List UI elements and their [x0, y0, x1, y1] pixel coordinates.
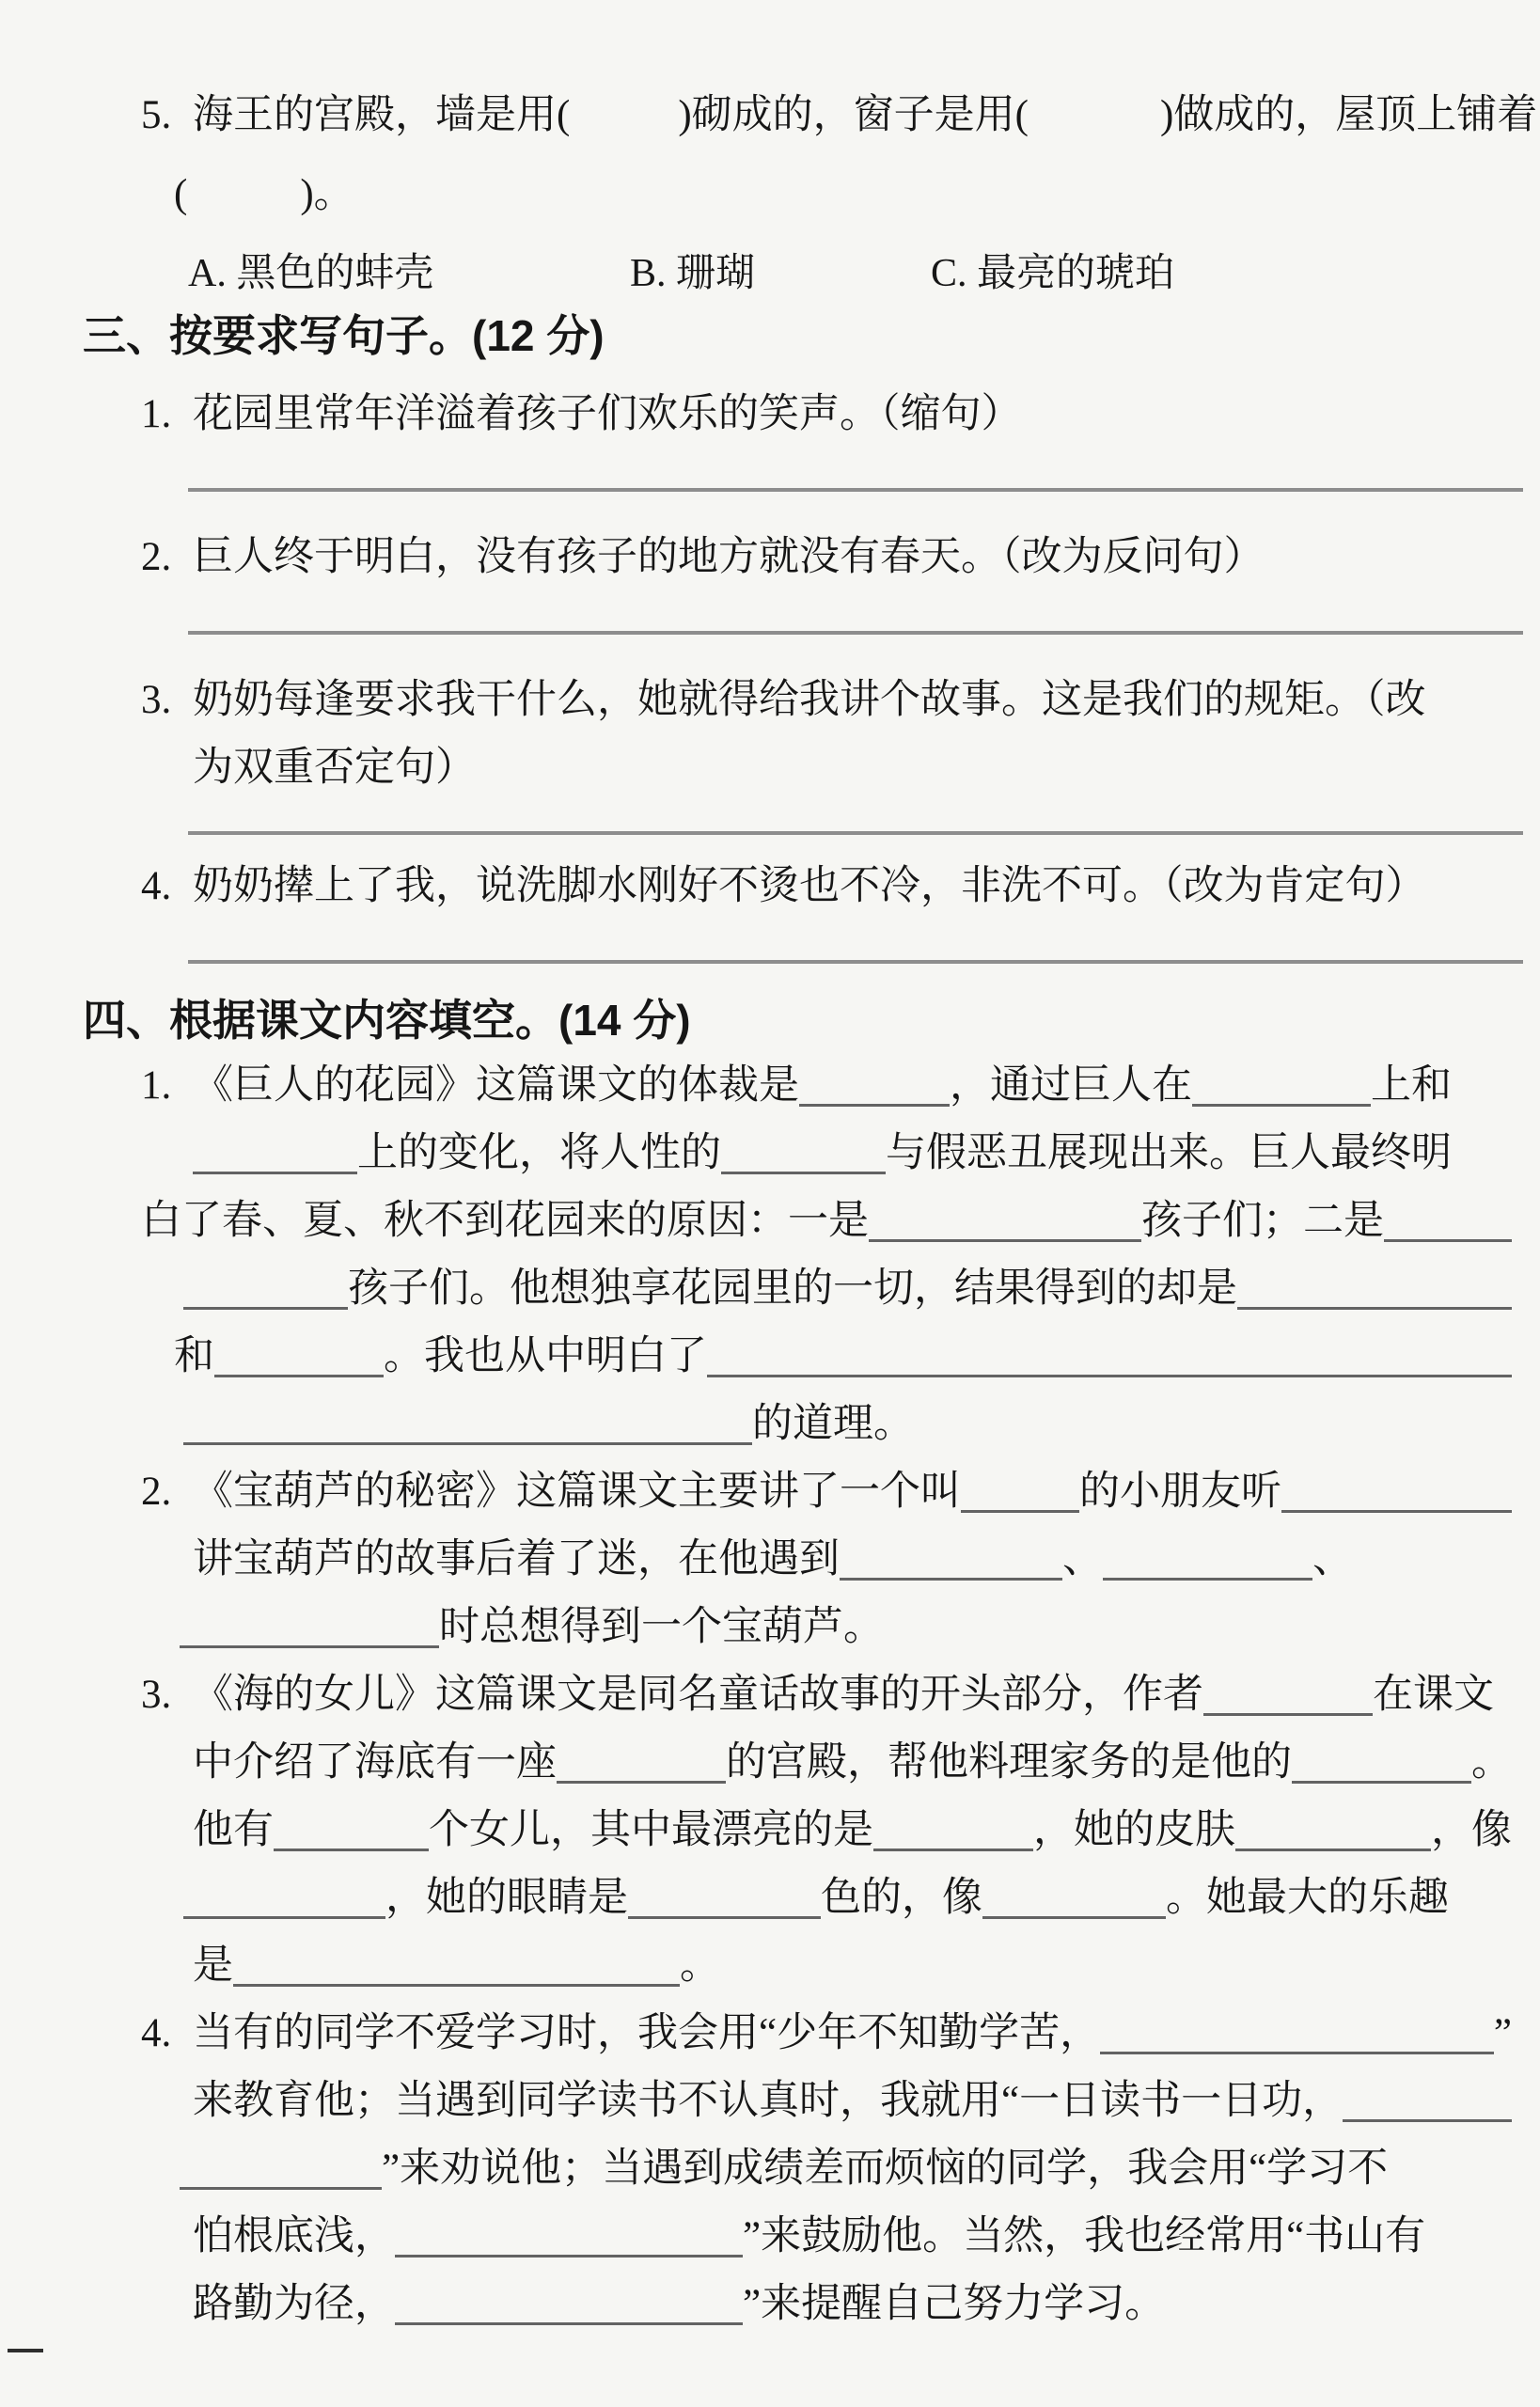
question-text: 个女儿，其中最漂亮的是 — [429, 1803, 873, 1858]
question-text: 时总想得到一个宝葫芦。 — [439, 1600, 884, 1655]
question-text: ” — [1494, 2006, 1512, 2061]
question-text: 中介绍了海底有一座 — [193, 1736, 557, 1790]
question-text: ，她的眼睛是 — [385, 1871, 628, 1926]
question-text: ，通过巨人在 — [950, 1059, 1192, 1113]
question-number: 4. — [141, 859, 193, 914]
question-text: 色的，像 — [821, 1871, 982, 1926]
option-a: A. 黑色的蚌壳 — [188, 246, 630, 301]
question-text: 海王的宫殿，墙是用( — [193, 88, 570, 143]
question-text: 他有 — [193, 1803, 274, 1858]
fill-blank — [982, 1916, 1166, 1919]
s4-item-4-line-5: 路勤为径， ”来提醒自己努力学习。 — [193, 2272, 1512, 2332]
fill-blank — [183, 1442, 752, 1445]
question-text: 花园里常年洋溢着孩子们欢乐的笑声。（缩句） — [193, 387, 1022, 442]
fill-blank — [840, 1578, 1062, 1581]
question-text: 孩子们；二是 — [1141, 1194, 1384, 1249]
fill-blank — [1237, 1307, 1512, 1310]
question-text: ”来鼓励他。当然，我也经常用“书山有 — [743, 2210, 1425, 2264]
fill-blank — [707, 1375, 1512, 1377]
s4-item-1-line-6: 的道理。 — [183, 1392, 1512, 1452]
fill-blank — [180, 2187, 382, 2190]
question-text: 《海的女儿》这篇课文是同名童话故事的开头部分，作者 — [193, 1668, 1203, 1723]
s4-item-2-line-2: 讲宝葫芦的故事后着了迷，在他遇到 、 、 — [193, 1527, 1512, 1587]
question-text: 。 — [680, 1939, 720, 1993]
fill-blank — [1235, 1849, 1431, 1851]
question-5-options: A. 黑色的蚌壳 B. 珊瑚 C. 最亮的琥珀 — [0, 248, 1512, 301]
s4-item-3-line-5: 是 。 — [193, 1933, 1512, 1993]
question-text: 当有的同学不爱学习时，我会用“少年不知勤学苦， — [193, 2006, 1100, 2061]
s4-item-4-line-1: 4. 当有的同学不爱学习时，我会用“少年不知勤学苦， ” — [141, 2001, 1512, 2061]
question-text: )砌成的，窗子是用( — [678, 88, 1029, 143]
question-5-line-2: ( )。 — [174, 162, 1512, 222]
s4-item-4-line-4: 怕根底浅， ”来鼓励他。当然，我也经常用“书山有 — [193, 2204, 1512, 2264]
section-4-header: 四、根据课文内容填空。(14 分) — [0, 987, 1512, 1047]
question-number: 1. — [141, 387, 193, 442]
s4-item-4-line-2: 来教育他；当遇到同学读书不认真时，我就用“一日读书一日功， — [193, 2069, 1512, 2129]
question-text: 《宝葫芦的秘密》这篇课文主要讲了一个叫 — [193, 1465, 961, 1519]
s3-item-3-line-2: 为双重否定句） — [193, 735, 1512, 795]
question-text: 、 — [1312, 1533, 1353, 1587]
s4-item-3-line-1: 3. 《海的女儿》这篇课文是同名童话故事的开头部分，作者 在课文 — [141, 1662, 1512, 1723]
question-text: )做成的，屋顶上铺着 — [1160, 88, 1537, 143]
question-text: ”来劝说他；当遇到成绩差而烦恼的同学，我会用“学习不 — [382, 2142, 1388, 2196]
question-text: 奶奶每逢要求我干什么，她就得给我讲个故事。这是我们的规矩。（改 — [193, 673, 1426, 728]
fill-blank — [873, 1849, 1033, 1851]
s4-item-3-line-4: ，她的眼睛是 色的，像 。她最大的乐趣 — [183, 1865, 1512, 1926]
question-text: 《巨人的花园》这篇课文的体裁是 — [193, 1059, 799, 1113]
fill-blank — [869, 1239, 1141, 1242]
fill-blank — [183, 1307, 348, 1310]
s4-item-1-line-4: 孩子们。他想独享花园里的一切，结果得到的却是 — [183, 1256, 1512, 1316]
s4-item-2-line-3: 时总想得到一个宝葫芦。 — [180, 1595, 1512, 1655]
question-number: 3. — [141, 1668, 193, 1723]
s4-item-1-line-1: 1. 《巨人的花园》这篇课文的体裁是 ，通过巨人在 上和 — [141, 1053, 1512, 1113]
question-number: 5. — [141, 88, 193, 143]
fill-blank — [1343, 2119, 1512, 2122]
option-c: C. 最亮的琥珀 — [931, 246, 1174, 301]
question-text: 上和 — [1371, 1059, 1452, 1113]
fill-blank — [1192, 1104, 1371, 1107]
page-binding-mark — [8, 2349, 43, 2352]
s4-item-1-line-2: 上的变化，将人性的 与假恶丑展现出来。巨人最终明 — [193, 1121, 1512, 1181]
question-text: 。她最大的乐趣 — [1166, 1871, 1449, 1926]
question-number: 2. — [141, 530, 193, 585]
fill-blank — [628, 1916, 821, 1919]
question-text: 的小朋友听 — [1079, 1465, 1281, 1519]
question-text: 巨人终于明白，没有孩子的地方就没有春天。（改为反问句） — [193, 530, 1265, 585]
question-text: ”来提醒自己努力学习。 — [743, 2277, 1165, 2332]
question-number: 3. — [141, 673, 193, 728]
s4-item-3-line-3: 他有 个女儿，其中最漂亮的是 ，她的皮肤 ，像 — [193, 1798, 1512, 1858]
fill-blank — [1100, 2052, 1494, 2054]
s4-item-1-line-3: 白了春、夏、秋不到花园来的原因：一是 孩子们；二是 — [141, 1188, 1512, 1249]
worksheet-page: 5. 海王的宫殿，墙是用( )砌成的，窗子是用( )做成的，屋顶上铺着 ( )。… — [0, 0, 1540, 2407]
question-text: 来教育他；当遇到同学读书不认真时，我就用“一日读书一日功， — [193, 2074, 1343, 2129]
fill-blank — [799, 1104, 950, 1107]
question-text: 。 — [1471, 1736, 1512, 1790]
question-text: 怕根底浅， — [193, 2210, 395, 2264]
answer-line — [188, 442, 1523, 492]
section-3-header: 三、按要求写句子。(12 分) — [0, 303, 1512, 363]
s3-item-1: 1. 花园里常年洋溢着孩子们欢乐的笑声。（缩句） — [141, 382, 1512, 442]
question-text: 与假恶丑展现出来。巨人最终明 — [886, 1126, 1452, 1181]
s3-item-2: 2. 巨人终于明白，没有孩子的地方就没有春天。（改为反问句） — [141, 525, 1512, 585]
fill-blank — [961, 1510, 1079, 1513]
answer-line — [188, 585, 1523, 635]
question-text: 在课文 — [1373, 1668, 1494, 1723]
fill-blank — [183, 1916, 385, 1919]
question-text: 。我也从中明白了 — [384, 1329, 707, 1384]
question-text: 上的变化，将人性的 — [357, 1126, 721, 1181]
question-number: 2. — [141, 1465, 193, 1519]
question-text: 路勤为径， — [193, 2277, 395, 2332]
question-text: 孩子们。他想独享花园里的一切，结果得到的却是 — [348, 1262, 1237, 1316]
fill-blank — [395, 2255, 743, 2258]
s4-item-4-line-3: ”来劝说他；当遇到成绩差而烦恼的同学，我会用“学习不 — [180, 2136, 1512, 2196]
fill-blank — [1384, 1239, 1512, 1242]
question-text: ，像 — [1431, 1803, 1512, 1858]
fill-blank — [214, 1375, 384, 1377]
s4-item-2-line-1: 2. 《宝葫芦的秘密》这篇课文主要讲了一个叫 的小朋友听 — [141, 1459, 1512, 1519]
s3-item-3-line-1: 3. 奶奶每逢要求我干什么，她就得给我讲个故事。这是我们的规矩。（改 — [141, 668, 1512, 728]
answer-line — [188, 795, 1523, 835]
question-text: 、 — [1062, 1533, 1103, 1587]
section-title: 三、按要求写句子。(12 分) — [83, 308, 605, 363]
question-text: ，她的皮肤 — [1033, 1803, 1235, 1858]
question-text: )。 — [300, 167, 354, 222]
question-number: 1. — [141, 1059, 193, 1113]
fill-blank — [1292, 1781, 1471, 1784]
fill-blank — [233, 1984, 680, 1987]
question-number: 4. — [141, 2006, 193, 2061]
question-text: ( — [174, 167, 187, 222]
question-text: 是 — [193, 1939, 233, 1993]
fill-blank — [557, 1781, 726, 1784]
fill-blank — [721, 1172, 886, 1174]
fill-blank — [1281, 1510, 1512, 1513]
answer-line — [188, 914, 1523, 964]
fill-blank — [180, 1645, 439, 1648]
fill-blank — [274, 1849, 429, 1851]
s4-item-1-line-5: 和 。我也从中明白了 — [174, 1324, 1512, 1384]
fill-blank — [193, 1172, 357, 1174]
fill-blank — [395, 2322, 743, 2325]
section-title: 四、根据课文内容填空。(14 分) — [83, 993, 691, 1047]
question-text: 讲宝葫芦的故事后着了迷，在他遇到 — [193, 1533, 840, 1587]
question-text: 的道理。 — [752, 1397, 914, 1452]
option-b: B. 珊瑚 — [630, 246, 931, 301]
s3-item-4: 4. 奶奶撵上了我，说洗脚水刚好不烫也不冷，非洗不可。（改为肯定句） — [141, 854, 1512, 914]
fill-blank — [1203, 1713, 1373, 1716]
question-text: 和 — [174, 1329, 214, 1384]
fill-blank — [1103, 1578, 1312, 1581]
question-text: 白了春、夏、秋不到花园来的原因：一是 — [141, 1194, 869, 1249]
question-5-line-1: 5. 海王的宫殿，墙是用( )砌成的，窗子是用( )做成的，屋顶上铺着 — [141, 83, 1512, 143]
question-text: 奶奶撵上了我，说洗脚水刚好不烫也不冷，非洗不可。（改为肯定句） — [193, 859, 1426, 914]
question-text: 为双重否定句） — [193, 741, 476, 795]
s4-item-3-line-2: 中介绍了海底有一座 的宫殿，帮他料理家务的是他的 。 — [193, 1730, 1512, 1790]
question-text: 的宫殿，帮他料理家务的是他的 — [726, 1736, 1292, 1790]
